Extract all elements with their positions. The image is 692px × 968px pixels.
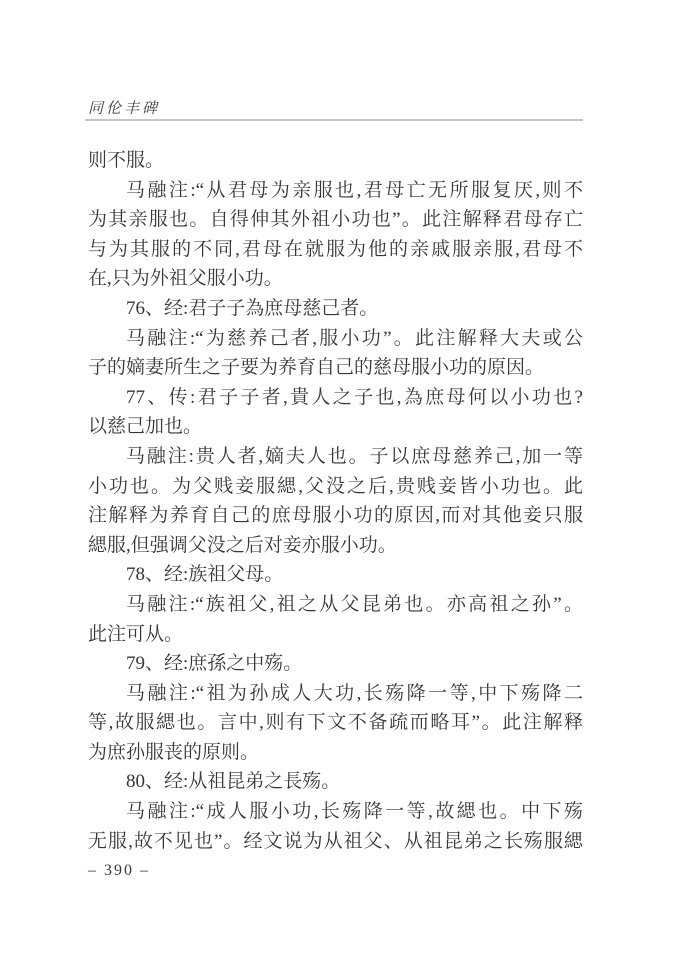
body-text: 则不服。马融注:“从君母为亲服也,君母亡无所服复厌,则不为其亲服也。自得伸其外祖… bbox=[88, 146, 583, 856]
text-line: 以慈己加也。 bbox=[88, 412, 583, 442]
text-line: 为其亲服也。自得伸其外祖小功也”。此注解释君母存亡 bbox=[88, 205, 583, 235]
text-line: 注解释为养育自己的庶母服小功的原因,而对其他妾只服 bbox=[88, 501, 583, 531]
text-line: 为庶孙服丧的原则。 bbox=[88, 738, 583, 768]
text-line: 小功也。为父贱妾服緦,父没之后,贵贱妾皆小功也。此 bbox=[88, 472, 583, 502]
text-line: 与为其服的不同,君母在就服为他的亲戚服亲服,君母不 bbox=[88, 235, 583, 265]
text-line: 则不服。 bbox=[88, 146, 583, 176]
text-line: 马融注:“为慈养己者,服小功”。此注解释大夫或公 bbox=[88, 324, 583, 354]
text-line: 76、经:君子子為庶母慈己者。 bbox=[88, 294, 583, 324]
text-line: 在,只为外祖父服小功。 bbox=[88, 264, 583, 294]
text-line: 马融注:“从君母为亲服也,君母亡无所服复厌,则不 bbox=[88, 176, 583, 206]
text-line: 此注可从。 bbox=[88, 620, 583, 650]
header-rule bbox=[85, 119, 583, 121]
text-line: 马融注:贵人者,嫡夫人也。子以庶母慈养己,加一等 bbox=[88, 442, 583, 472]
text-line: 79、经:庶孫之中殇。 bbox=[88, 649, 583, 679]
running-header: 同伦丰碑 bbox=[88, 97, 160, 118]
text-line: 马融注:“成人服小功,长殇降一等,故緦也。中下殇 bbox=[88, 797, 583, 827]
text-line: 78、经:族祖父母。 bbox=[88, 560, 583, 590]
text-line: 80、经:从祖昆弟之長殇。 bbox=[88, 767, 583, 797]
page-number: – 390 – bbox=[88, 862, 150, 880]
text-line: 马融注:“祖为孙成人大功,长殇降一等,中下殇降二 bbox=[88, 679, 583, 709]
text-line: 等,故服緦也。言中,则有下文不备疏而略耳”。此注解释 bbox=[88, 708, 583, 738]
text-line: 无服,故不见也”。经文说为从祖父、从祖昆弟之长殇服緦 bbox=[88, 827, 583, 857]
book-page: 同伦丰碑 则不服。马融注:“从君母为亲服也,君母亡无所服复厌,则不为其亲服也。自… bbox=[0, 0, 692, 968]
text-line: 马融注:“族祖父,祖之从父昆弟也。亦高祖之孙”。 bbox=[88, 590, 583, 620]
text-line: 子的嫡妻所生之子要为养育自己的慈母服小功的原因。 bbox=[88, 353, 583, 383]
text-line: 77、传:君子子者,貴人之子也,為庶母何以小功也? bbox=[88, 383, 583, 413]
text-line: 緦服,但强调父没之后对妾亦服小功。 bbox=[88, 531, 583, 561]
